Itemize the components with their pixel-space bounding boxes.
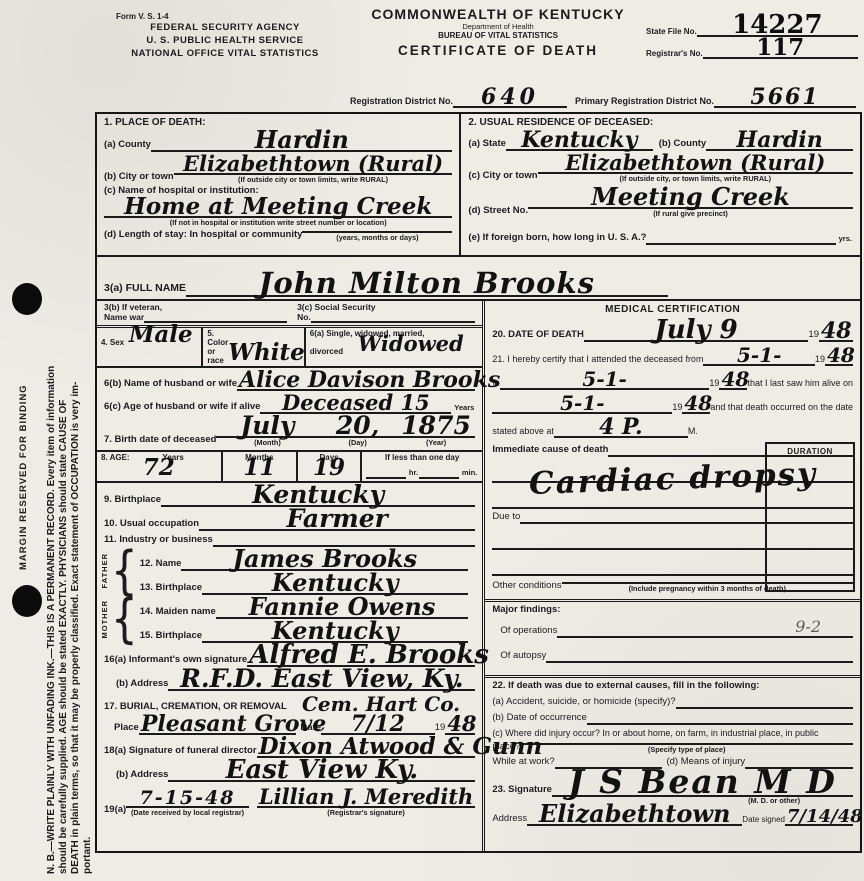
veteran-label: 3(b) If veteran, [104, 302, 297, 312]
pod-city-value: Elizabethtown (Rural) [183, 159, 443, 170]
external-b-row: (b) Date of occurrence [485, 712, 860, 725]
residence-title: 2. USUAL RESIDENCE OF DECEASED: [461, 114, 860, 128]
informant-address-value: R.F.D. East View, Ky. [180, 673, 463, 686]
registrar-signature-value: Lillian J. Meredith [259, 792, 473, 803]
external-divider [485, 675, 860, 678]
attended-lead: 21. I hereby certify that I attended the… [492, 354, 703, 366]
burial-year-value: 48 [447, 719, 476, 730]
commonwealth-title: COMMONWEALTH OF KENTUCKY [350, 6, 646, 22]
date-of-death-value: July 9 [654, 324, 737, 337]
birth-month-field: July [216, 417, 318, 438]
physician-signature-label: 23. Signature [492, 784, 552, 797]
major-findings-row: Major findings: [485, 604, 860, 617]
mother-brace: { [111, 594, 138, 644]
burial-date-field: 7/12 [321, 715, 435, 735]
age-label: 8. AGE: [101, 453, 130, 462]
birth-year-caption: (Year) [397, 439, 475, 447]
physician-signature-field: J S Bean M D [552, 771, 853, 797]
margin-note-line-4: portant. [82, 6, 94, 874]
burial-place-field: Pleasant Grove [139, 715, 297, 735]
binding-hole-top [12, 283, 42, 315]
res-state-field: Kentucky [506, 131, 653, 151]
autopsy-label: Of autopsy [492, 650, 546, 663]
pod-county-field: Hardin [151, 131, 452, 152]
spouse-age-value: Deceased 15 [282, 398, 430, 409]
pod-county-value: Hardin [255, 134, 349, 146]
date-of-death-field: July 9 [584, 321, 809, 342]
funeral-address-row: (b) Address East View Ky. [97, 761, 482, 782]
res-city-field: Elizabethtown (Rural) [538, 154, 853, 174]
attended-line-3: 5-1- 19 48 and that death occurred on th… [485, 394, 860, 414]
registration-district-field: 640 [453, 88, 567, 108]
marital-cell: 6(a) Single, widowed, married, divorced … [306, 328, 483, 366]
ssn-label: 3(c) Social Security [297, 302, 475, 312]
pod-city-field: Elizabethtown (Rural) [174, 155, 453, 175]
res-city-value: Elizabethtown (Rural) [565, 158, 825, 169]
birth-day-value: 20, [336, 420, 380, 433]
operations-field: 9-2 [557, 617, 853, 638]
birth-year-field: 1875 [397, 417, 475, 438]
primary-district-label: Primary Registration District No. [567, 96, 714, 108]
attended-from-year: 48 [827, 350, 855, 360]
primary-district-field: 5661 [714, 88, 856, 108]
spouse-field: Alice Davison Brooks [237, 371, 475, 391]
father-birthplace-value: Kentucky [272, 577, 399, 589]
date-received-value: 7-15-48 [140, 794, 236, 804]
age-less-than-day-cell: If less than one day hr. min. [362, 452, 482, 481]
bureau-line: BUREAU OF VITAL STATISTICS [350, 31, 646, 40]
attended-from-year-field: 48 [825, 346, 853, 366]
agency-line-2: U. S. PUBLIC HEALTH SERVICE [100, 34, 350, 47]
informant-address-row: (b) Address R.F.D. East View, Ky. [97, 670, 482, 691]
age-months-value: 11 [243, 462, 275, 474]
margin-note-line-3: DEATH in plain terms, so that it may be … [70, 6, 82, 874]
department-line: Department of Health [350, 23, 646, 31]
agency-line-1: FEDERAL SECURITY AGENCY [100, 21, 350, 34]
margin-note-line-1: N. B.—WRITE PLAINLY WITH UNFADING INK.—T… [46, 6, 58, 874]
birthplace-label: 9. Birthplace [104, 494, 161, 507]
occupation-label: 10. Usual occupation [104, 518, 199, 531]
age-less-label: If less than one day [366, 453, 478, 462]
registrar-no-field: 117 [703, 39, 858, 59]
pod-city-label: (b) City or town [104, 171, 174, 184]
death-certificate-scan: MARGIN RESERVED FOR BINDING N. B.—WRITE … [0, 0, 864, 881]
date-signed-field: 7/14/48 [785, 806, 853, 826]
res-state-value: Kentucky [521, 135, 637, 146]
full-name-row: 3(a) FULL NAME John Milton Brooks [97, 257, 860, 301]
registration-district-label: Registration District No. [350, 96, 453, 108]
attended-alive-year-field: 48 [682, 394, 710, 414]
funeral-address-label: (b) Address [104, 769, 168, 782]
agency-line-3: NATIONAL OFFICE VITAL STATISTICS [100, 47, 350, 60]
registration-district-line: Registration District No. 640 Primary Re… [350, 88, 856, 108]
res-county-field: Hardin [706, 131, 853, 151]
father-block: FATHER { 12. Name James Brooks 13. Birth… [97, 547, 482, 595]
date-received-field: 7-15-48 [126, 788, 249, 808]
res-street-field: Meeting Creek [528, 188, 853, 209]
mother-birthplace-value: Kentucky [272, 625, 399, 637]
external-a-label: (a) Accident, suicide, or homicide (spec… [492, 696, 675, 709]
registrar-row-label: 19(a) [104, 804, 126, 817]
physician-address-label: Address [492, 813, 527, 826]
marital-value: Widowed [358, 339, 464, 350]
registrar-signature-field: Lillian J. Meredith [257, 788, 475, 808]
date-received-caption: (Date received by local registrar) [126, 809, 249, 817]
full-name-value: John Milton Brooks [259, 276, 595, 291]
personal-column: 3(b) If veteran, Name war 3(c) Social Se… [97, 301, 485, 852]
father-birthplace-label: 13. Birthplace [140, 582, 202, 595]
pod-county-label: (a) County [104, 139, 151, 152]
occupation-value: Farmer [287, 513, 388, 526]
time-of-death-value: 4 P. [599, 422, 643, 433]
father-name-label: 12. Name [140, 558, 182, 571]
certificate-title: CERTIFICATE OF DEATH [350, 43, 646, 58]
external-a-row: (a) Accident, suicide, or homicide (spec… [485, 696, 860, 709]
age-min-field [419, 477, 459, 479]
attended-line-4: stated above at 4 P. M. [485, 418, 860, 438]
primary-district-value: 5661 [750, 92, 819, 103]
registrar-no-label: Registrar's No. [646, 49, 703, 59]
age-years-cell: 8. AGE:Years 72 [97, 452, 223, 481]
burial-place-value: Pleasant Grove [141, 719, 326, 730]
physician-signature-value: J S Bean M D [568, 774, 837, 791]
date-signed-value: 7/14/48 [787, 812, 863, 821]
res-street-label: (d) Street No. [468, 205, 528, 218]
autopsy-row: Of autopsy [485, 650, 860, 663]
file-number-block: State File No. 14227 Registrar's No. 117 [646, 6, 858, 61]
attended-from-year-prefix: 19 [815, 354, 825, 366]
birth-day-caption: (Day) [318, 439, 396, 447]
res-foreign-suffix: yrs. [836, 234, 853, 245]
state-file-value: 14227 [732, 19, 822, 32]
margin-binding-label: MARGIN RESERVED FOR BINDING [18, 325, 29, 570]
res-county-value: Hardin [736, 135, 822, 146]
age-months-cell: Months 11 [223, 452, 299, 481]
pod-stay-label: (d) Length of stay: In hospital or commu… [104, 229, 302, 242]
mother-side-label: MOTHER [100, 600, 109, 639]
sex-race-marital-row: 4. Sex Male 5. Color orrace White 6(a) S… [97, 328, 482, 368]
dod-year-prefix: 19 [808, 329, 819, 342]
funeral-address-field: East View Ky. [168, 761, 475, 782]
full-name-field: John Milton Brooks [186, 273, 667, 297]
stated-above-label: stated above at [492, 426, 554, 438]
findings-divider [485, 599, 860, 602]
date-of-death-label: 20. DATE OF DEATH [492, 329, 584, 342]
attended-alive-year: 48 [684, 398, 712, 408]
attended-alive-year-prefix: 19 [672, 402, 682, 414]
attended-to-field: 5-1- [500, 370, 710, 390]
form-header: Form V. S. 1-4 FEDERAL SECURITY AGENCY U… [100, 6, 858, 61]
title-block: COMMONWEALTH OF KENTUCKY Department of H… [350, 6, 646, 61]
binding-hole-bottom [12, 585, 42, 617]
occupation-row: 10. Usual occupation Farmer [97, 510, 482, 531]
attended-from-value: 5-1- [737, 350, 781, 360]
margin-note-line-2: should be carefully supplied. AGE should… [58, 6, 70, 874]
cause-label: Immediate cause of death [492, 444, 608, 457]
mother-block: MOTHER { 14. Maiden name Fannie Owens 15… [97, 595, 482, 643]
attended-to-year: 48 [721, 374, 749, 384]
attended-to-value: 5-1- [582, 374, 626, 384]
pod-hospital-field: Home at Meeting Creek [104, 198, 452, 218]
spouse-label: 6(b) Name of husband or wife [104, 378, 237, 391]
burial-note: Cem. Hart Co. [302, 699, 460, 709]
age-row: 8. AGE:Years 72 Months 11 Days 19 If les… [97, 450, 482, 483]
pod-hospital-value: Home at Meeting Creek [124, 201, 432, 213]
sex-label: 4. Sex [101, 338, 124, 347]
external-title-row: 22. If death was due to external causes,… [485, 680, 860, 693]
time-of-death-field: 4 P. [554, 418, 688, 438]
attended-alive-field: 5-1- [492, 394, 672, 414]
spouse-row: 6(b) Name of husband or wife Alice Davis… [97, 371, 482, 391]
usual-residence-section: 2. USUAL RESIDENCE OF DECEASED: (a) Stat… [461, 114, 860, 255]
burial-year-field: 48 [445, 715, 475, 735]
birth-year-value: 1875 [401, 420, 471, 433]
birth-date-label: 7. Birth date of deceased [104, 434, 216, 447]
operations-pencil-note: 9-2 [795, 617, 821, 636]
registration-district-value: 640 [481, 92, 539, 103]
race-label: 5. Color orrace [207, 329, 228, 365]
external-c-caption: (Specify type of place) [520, 746, 853, 754]
attended-from-field: 5-1- [703, 346, 815, 366]
attended-alive-value: 5-1- [560, 398, 604, 408]
operations-row: Of operations 9-2 [485, 617, 860, 638]
informant-address-label: (b) Address [104, 678, 168, 691]
ssn-no-label: No. [297, 312, 311, 323]
spouse-value: Alice Davison Brooks [239, 375, 500, 386]
form-number: Form V. S. 1-4 [116, 12, 350, 21]
registrar-no-value: 117 [756, 42, 804, 54]
external-title: 22. If death was due to external causes,… [492, 680, 759, 693]
race-value: White [228, 347, 305, 359]
duration-box: DURATION [765, 442, 855, 592]
res-state-label: (a) State [468, 138, 505, 151]
informant-address-field: R.F.D. East View, Ky. [168, 670, 475, 691]
burial-date-value: 7/12 [351, 719, 405, 730]
dod-year-value: 48 [821, 326, 852, 337]
res-street-value: Meeting Creek [591, 191, 790, 203]
attended-line-1: 21. I hereby certify that I attended the… [485, 346, 860, 366]
burial-place-date-row: Place Pleasant Grove Date 7/12 19 48 [97, 715, 482, 735]
external-b-field [587, 723, 853, 725]
external-a-field [676, 707, 853, 709]
issuing-agency-block: Form V. S. 1-4 FEDERAL SECURITY AGENCY U… [100, 6, 350, 61]
ssn-field [311, 321, 476, 323]
father-name-value: James Brooks [233, 553, 418, 565]
state-file-label: State File No. [646, 27, 697, 37]
margin-note: N. B.—WRITE PLAINLY WITH UNFADING INK.—T… [46, 6, 94, 874]
res-foreign-field [646, 243, 835, 245]
sex-value: Male [129, 329, 193, 341]
burial-place-label: Place [104, 722, 139, 735]
mother-maiden-label: 14. Maiden name [140, 606, 216, 619]
physician-address-row: Address Elizabethtown Date signed 7/14/4… [485, 805, 860, 826]
physician-signature-row: 23. Signature J S Bean M D [485, 771, 860, 797]
res-street-caption: (If rural give precinct) [528, 210, 853, 218]
res-city-label: (c) City or town [468, 170, 537, 183]
place-of-death-section: 1. PLACE OF DEATH: (a) County Hardin (b)… [97, 114, 461, 255]
funeral-director-value: Dixon Atwood & Gunn [259, 741, 543, 753]
attended-line-2: to 5-1- 19 48 that I last saw him alive … [485, 370, 860, 390]
cause-of-death-area: Immediate cause of death Cardiac dropsy … [485, 442, 860, 576]
birth-date-row: 7. Birth date of deceased July (Month) 2… [97, 417, 482, 447]
physician-address-value: Elizabethtown [539, 808, 731, 820]
autopsy-field [546, 661, 853, 663]
meridiem-label: M. [688, 426, 698, 438]
occupation-field: Farmer [199, 510, 475, 531]
age-days-value: 19 [313, 462, 345, 474]
attended-to-year-field: 48 [719, 370, 747, 390]
due-to-label: Due to [492, 511, 520, 524]
registrar-signature-caption: (Registrar's signature) [257, 809, 475, 817]
birth-month-caption: (Month) [216, 439, 318, 447]
medical-certification-title: MEDICAL CERTIFICATION [485, 301, 860, 315]
mother-birthplace-label: 15. Birthplace [140, 630, 202, 643]
age-hr-label: hr. [406, 468, 419, 479]
medical-column: MEDICAL CERTIFICATION 20. DATE OF DEATH … [485, 301, 860, 852]
major-findings-label: Major findings: [492, 604, 560, 617]
operations-label: Of operations [492, 625, 557, 638]
pod-city-caption: (If outside city or town limits, write R… [174, 176, 453, 184]
date-signed-label: Date signed [742, 815, 785, 826]
age-hr-field [366, 477, 406, 479]
res-foreign-label: (e) If foreign born, how long in U. S. A… [468, 232, 646, 245]
attended-death-tail: and that death occurred on the date [710, 402, 853, 414]
attended-alive-tail: that I last saw him alive on [747, 378, 853, 390]
other-conditions-label: Other conditions [492, 580, 561, 593]
age-min-label: min. [459, 468, 478, 479]
race-cell: 5. Color orrace White [203, 328, 305, 366]
marital-label-2: divorced [310, 347, 343, 356]
attended-to-year-prefix: 19 [709, 378, 719, 390]
age-years-value: 72 [143, 462, 175, 474]
dod-year-field: 48 [819, 322, 853, 342]
age-days-cell: Days 19 [298, 452, 362, 481]
birth-day-field: 20, [318, 417, 396, 438]
spouse-age-label: 6(c) Age of husband or wife if alive [104, 401, 260, 414]
mother-maiden-value: Fannie Owens [249, 601, 436, 613]
full-name-label: 3(a) FULL NAME [104, 282, 186, 297]
pod-stay-caption: (years, months or days) [302, 234, 452, 242]
birth-month-value: July [240, 420, 294, 433]
external-b-label: (b) Date of occurrence [492, 712, 587, 725]
date-of-death-row: 20. DATE OF DEATH July 9 19 48 [485, 321, 860, 342]
father-side-label: FATHER [100, 553, 109, 588]
duration-label: DURATION [767, 447, 853, 456]
funeral-address-value: East View Ky. [226, 764, 419, 777]
certificate-body: 1. PLACE OF DEATH: (a) County Hardin (b)… [95, 112, 862, 853]
physician-address-field: Elizabethtown [527, 805, 742, 826]
pod-hospital-caption: (If not in hospital or institution write… [104, 219, 452, 227]
sex-cell: 4. Sex Male [97, 328, 203, 366]
informant-signature-value: Alfred E. Brooks [249, 649, 489, 662]
registrar-row: 19(a) 7-15-48 (Date received by local re… [97, 788, 482, 817]
birthplace-value: Kentucky [252, 489, 384, 502]
